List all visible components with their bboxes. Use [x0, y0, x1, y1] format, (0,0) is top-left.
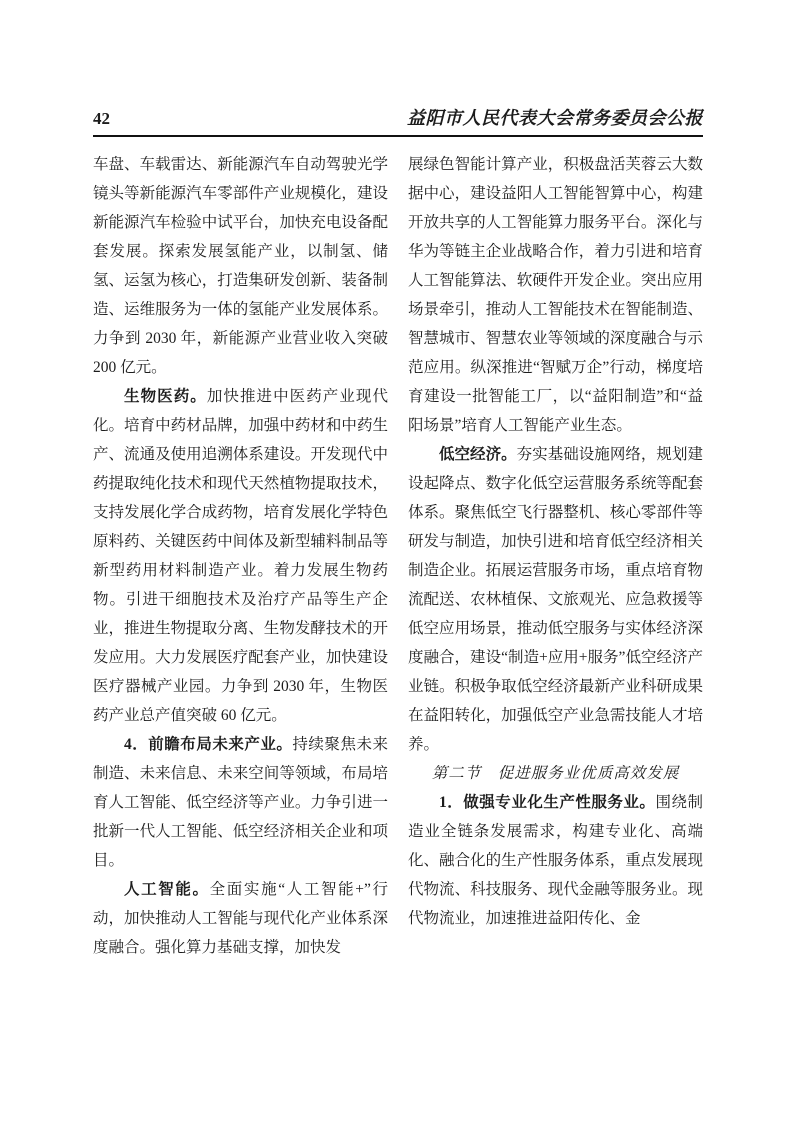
right-column: 展绿色智能计算产业，积极盘活芙蓉云大数据中心，建设益阳人工智能智算中心，构建开放… [408, 150, 703, 962]
page-number: 42 [93, 109, 110, 129]
paragraph-text: 展绿色智能计算产业，积极盘活芙蓉云大数据中心，建设益阳人工智能智算中心，构建开放… [408, 156, 703, 434]
paragraph-continuation: 车盘、车载雷达、新能源汽车自动驾驶光学镜头等新能源汽车零部件产业规模化，建设新能… [93, 150, 388, 382]
paragraph: 生物医药。加快推进中医药产业现代化。培育中药材品牌，加强中药材和中药生产、流通及… [93, 382, 388, 730]
paragraph: 4．前瞻布局未来产业。持续聚焦未来制造、未来信息、未来空间等领域，布局培育人工智… [93, 730, 388, 875]
page-header: 42 益阳市人民代表大会常务委员会公报 [93, 104, 703, 135]
paragraph-text: 夯实基础设施网络，规划建设起降点、数字化低空运营服务系统等配套体系。聚焦低空飞行… [408, 446, 703, 753]
paragraph: 人工智能。全面实施“人工智能+”行动，加快推动人工智能与现代化产业体系深度融合。… [93, 875, 388, 962]
left-column: 车盘、车载雷达、新能源汽车自动驾驶光学镜头等新能源汽车零部件产业规模化，建设新能… [93, 150, 388, 962]
paragraph: 低空经济。夯实基础设施网络，规划建设起降点、数字化低空运营服务系统等配套体系。聚… [408, 440, 703, 759]
section-heading: 第二节 促进服务业优质高效发展 [408, 759, 703, 788]
paragraph: 1．做强专业化生产性服务业。围绕制造业全链条发展需求，构建专业化、高端化、融合化… [408, 788, 703, 933]
page-body: 车盘、车载雷达、新能源汽车自动驾驶光学镜头等新能源汽车零部件产业规模化，建设新能… [93, 150, 703, 962]
run-in-heading: 人工智能。 [124, 881, 210, 898]
publication-title: 益阳市人民代表大会常务委员会公报 [407, 104, 703, 130]
run-in-heading: 4．前瞻布局未来产业。 [124, 736, 292, 753]
paragraph-text: 加快推进中医药产业现代化。培育中药材品牌，加强中药材和中药生产、流通及使用追溯体… [93, 388, 388, 724]
run-in-heading: 低空经济。 [439, 446, 517, 463]
run-in-heading: 生物医药。 [124, 388, 207, 405]
paragraph-continuation: 展绿色智能计算产业，积极盘活芙蓉云大数据中心，建设益阳人工智能智算中心，构建开放… [408, 150, 703, 440]
document-page: 42 益阳市人民代表大会常务委员会公报 车盘、车载雷达、新能源汽车自动驾驶光学镜… [0, 0, 794, 1122]
paragraph-text: 围绕制造业全链条发展需求，构建专业化、高端化、融合化的生产性服务体系，重点发展现… [408, 794, 703, 927]
paragraph-text: 持续聚焦未来制造、未来信息、未来空间等领域，布局培育人工智能、低空经济等产业。力… [93, 736, 388, 869]
paragraph-text: 车盘、车载雷达、新能源汽车自动驾驶光学镜头等新能源汽车零部件产业规模化，建设新能… [93, 156, 388, 376]
header-rule [93, 135, 703, 137]
run-in-heading: 1．做强专业化生产性服务业。 [439, 794, 655, 811]
